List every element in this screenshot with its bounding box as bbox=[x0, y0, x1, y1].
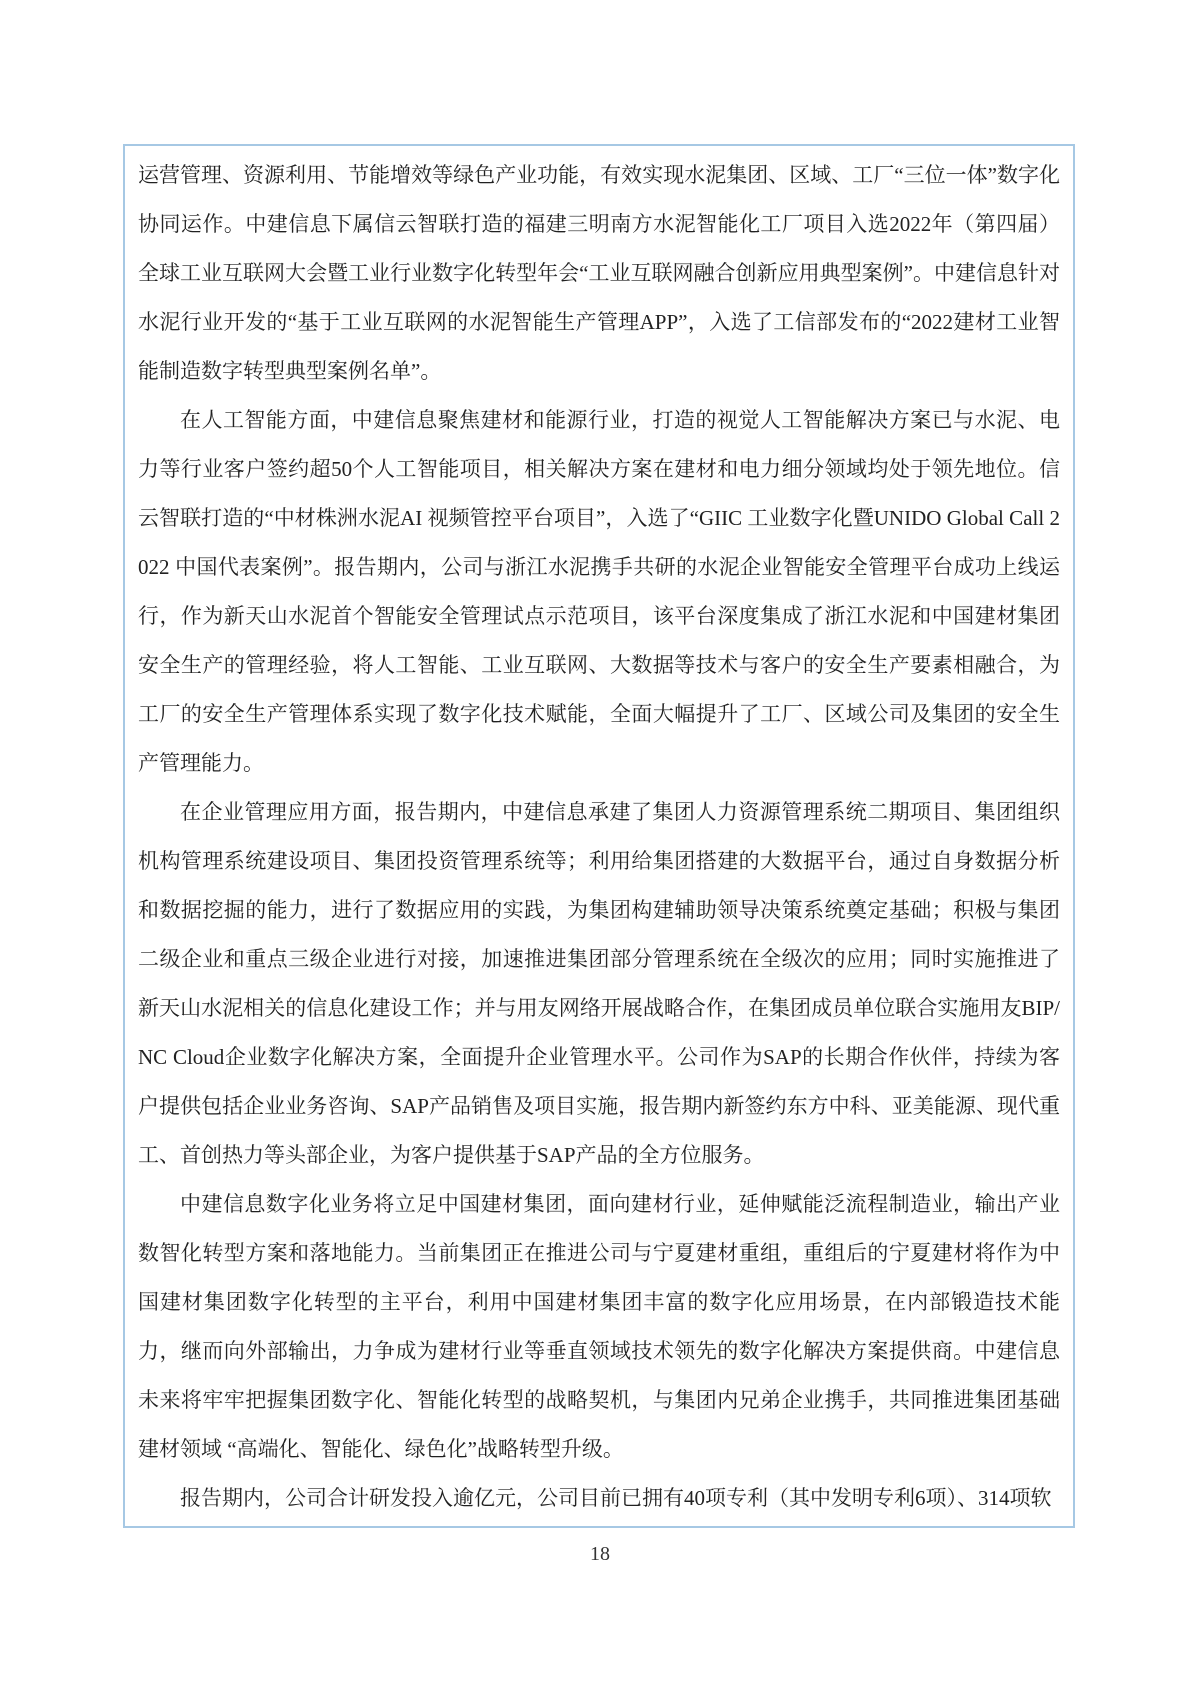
paragraph: 运营管理、资源利用、节能增效等绿色产业功能，有效实现水泥集团、区域、工厂“三位一… bbox=[138, 151, 1060, 396]
paragraph: 中建信息数字化业务将立足中国建材集团，面向建材行业，延伸赋能泛流程制造业，输出产… bbox=[138, 1180, 1060, 1474]
paragraph: 报告期内，公司合计研发投入逾亿元，公司目前已拥有40项专利（其中发明专利6项）、… bbox=[138, 1474, 1060, 1523]
document-page: 运营管理、资源利用、节能增效等绿色产业功能，有效实现水泥集团、区域、工厂“三位一… bbox=[0, 0, 1200, 1696]
paragraph: 在企业管理应用方面，报告期内，中建信息承建了集团人力资源管理系统二期项目、集团组… bbox=[138, 788, 1060, 1180]
page-text-frame: 运营管理、资源利用、节能增效等绿色产业功能，有效实现水泥集团、区域、工厂“三位一… bbox=[123, 144, 1075, 1528]
page-number: 18 bbox=[0, 1540, 1200, 1568]
paragraph: 在人工智能方面，中建信息聚焦建材和能源行业，打造的视觉人工智能解决方案已与水泥、… bbox=[138, 396, 1060, 788]
